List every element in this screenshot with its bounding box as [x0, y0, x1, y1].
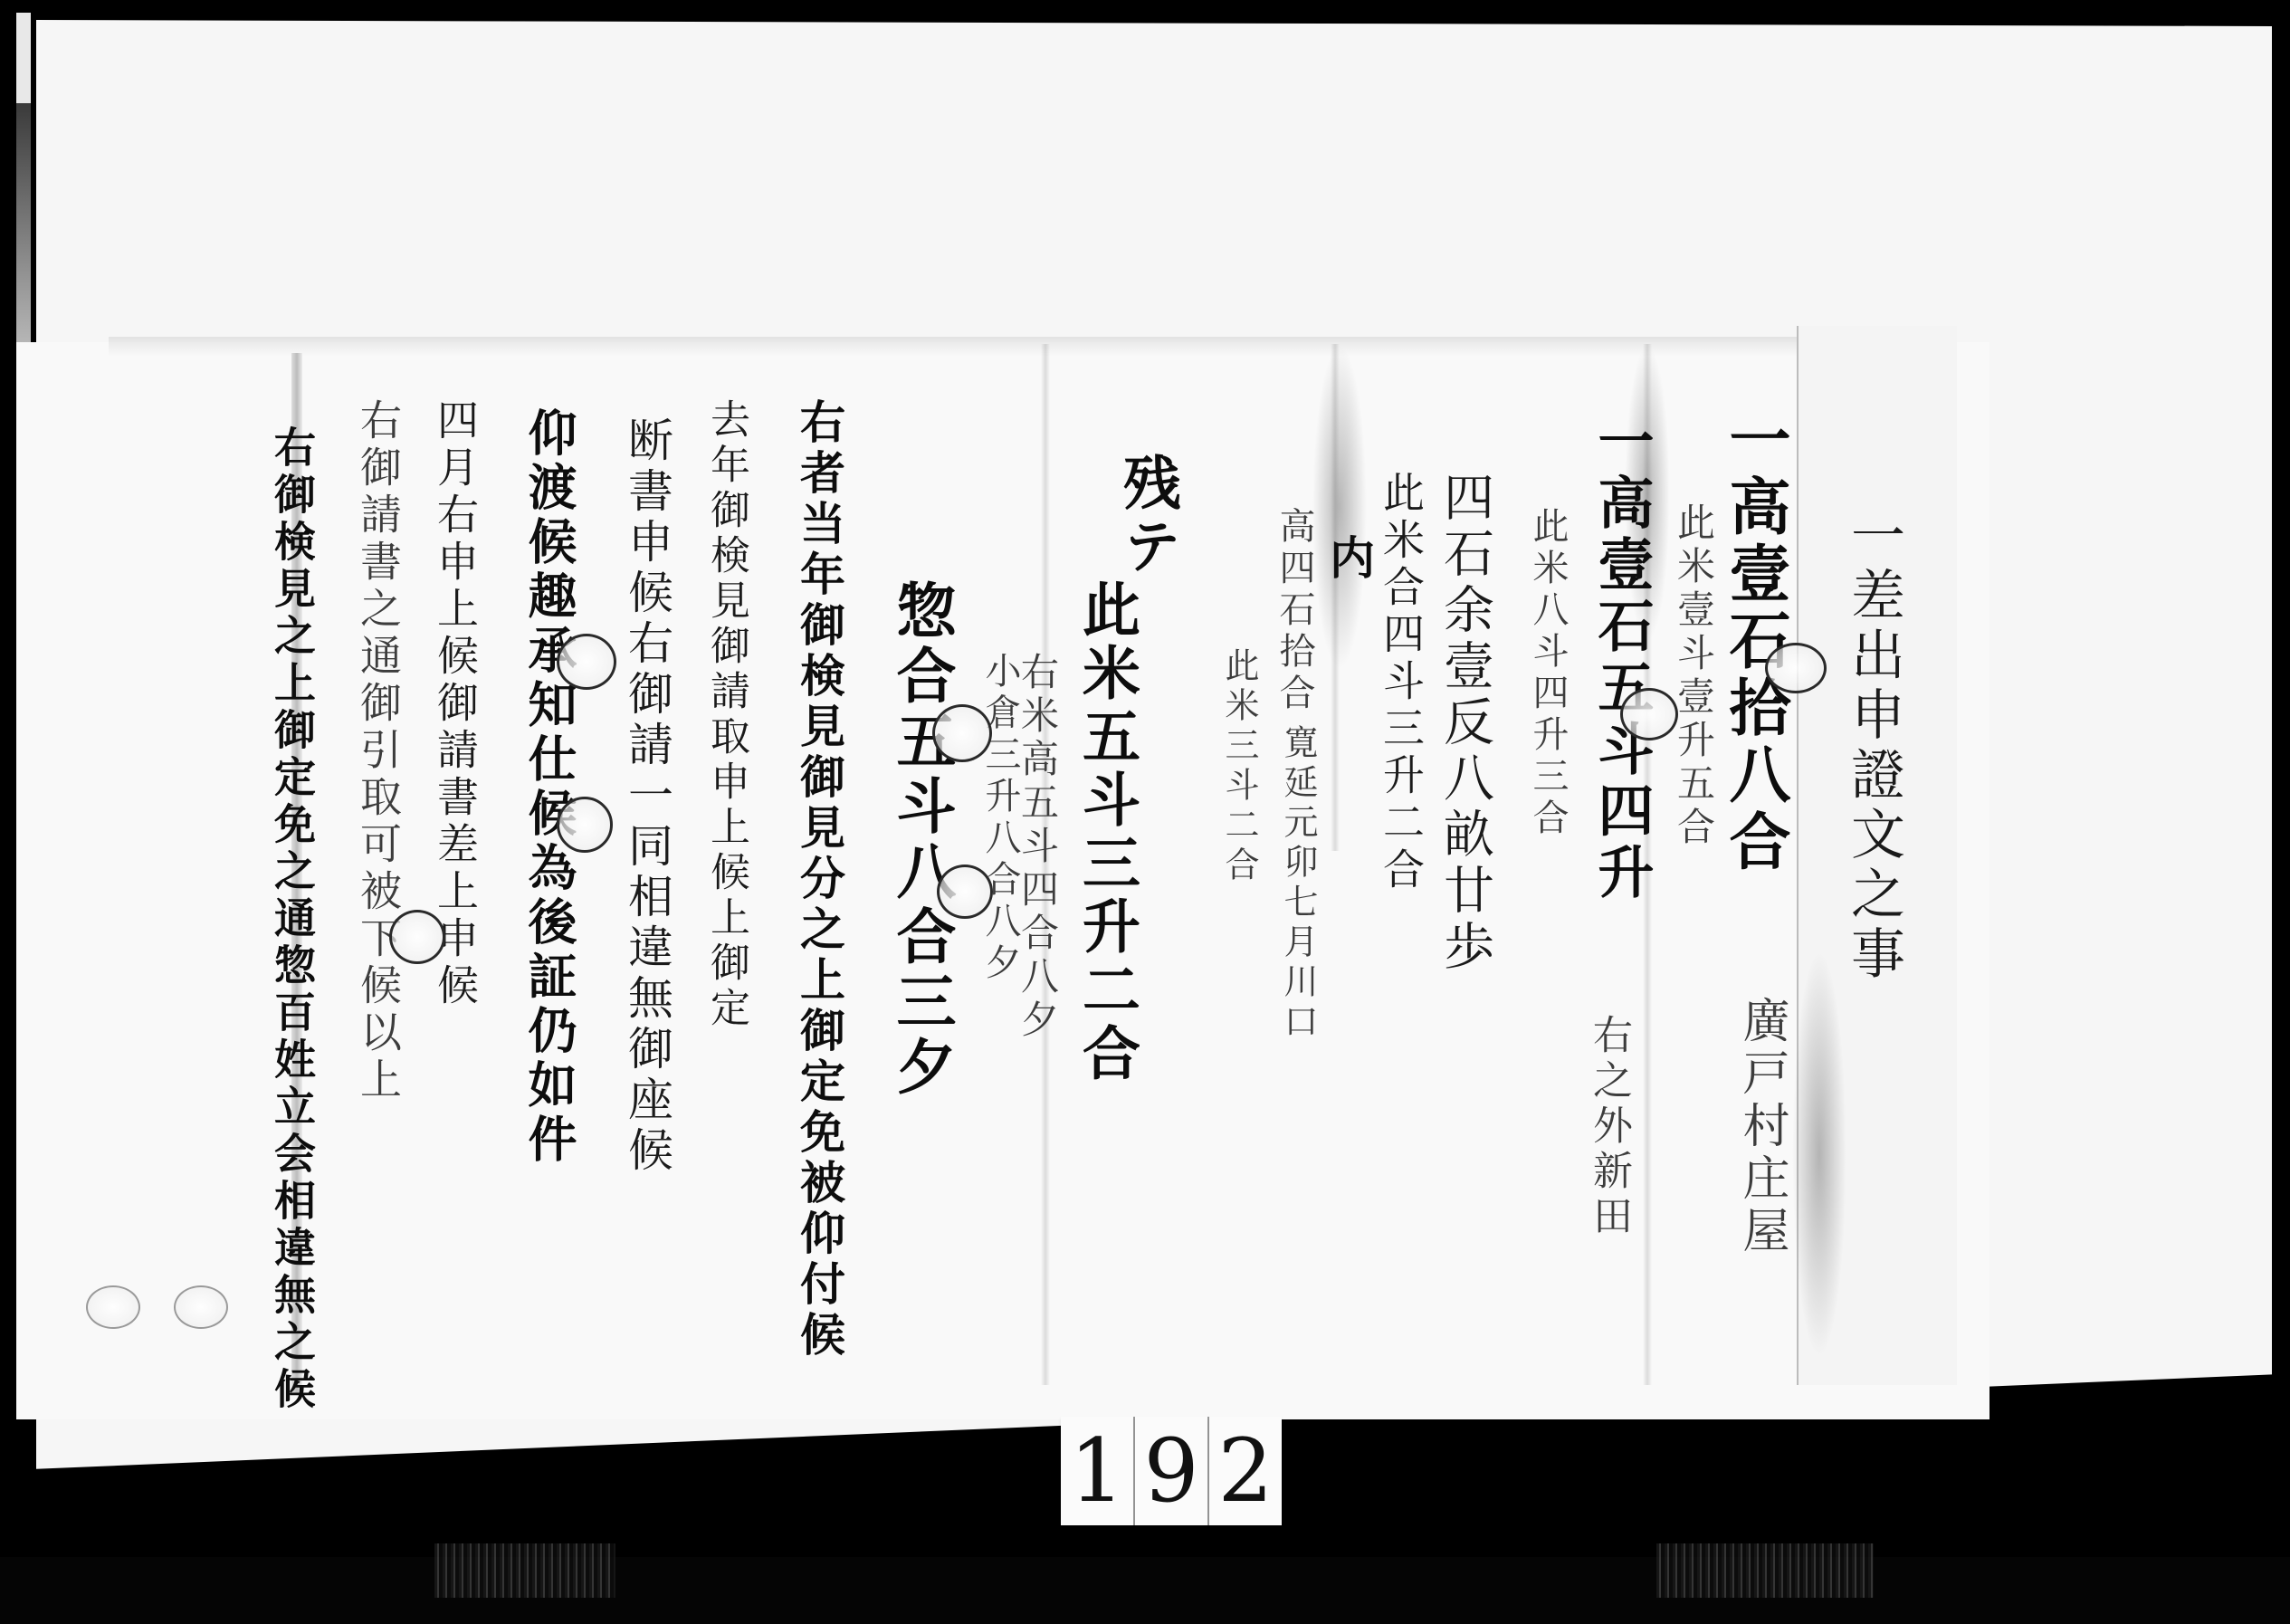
- frame-digit: 2: [1209, 1417, 1282, 1525]
- text-column: 右米高五斗四合八夕: [1018, 652, 1056, 1043]
- film-bottom-border: [0, 1557, 2290, 1624]
- text-column: 四石余壹反八畝廿歩: [1439, 471, 1490, 976]
- text-column: 此米五斗三升二合: [1077, 579, 1135, 1086]
- text-column-date: 寛延元卯七月川口: [1281, 724, 1315, 1043]
- text-column: 断書申候右御請一同相違無御座候: [625, 416, 670, 1177]
- text-column: 一高壹石五斗四升: [1593, 412, 1649, 904]
- seal-stamp: [937, 865, 993, 919]
- text-column: 此米三斗二合: [1222, 647, 1256, 886]
- seal-stamp: [557, 634, 616, 690]
- faint-seal-stamp: [86, 1285, 140, 1329]
- text-column: 右之外新田: [1589, 1014, 1628, 1240]
- frame-number-label: 1 9 2: [1061, 1417, 1282, 1525]
- seal-stamp: [1620, 688, 1678, 740]
- frame-digit: 9: [1135, 1417, 1209, 1525]
- text-column: 惣合五斗八合三夕: [892, 579, 951, 1101]
- ink-smudge: [1312, 344, 1367, 670]
- text-column: 高四石拾合: [1276, 507, 1312, 715]
- text-column: 残テ: [1118, 453, 1176, 579]
- text-column: 右者当年御検見御見分之上御定免被仰付候: [797, 398, 842, 1361]
- seal-stamp: [932, 704, 992, 762]
- text-column: 此米壹斗壹升五合: [1675, 502, 1713, 850]
- text-column: 一高壹石拾八合: [1724, 407, 1786, 876]
- seal-stamp: [557, 797, 613, 853]
- seal-stamp: [1765, 643, 1827, 693]
- film-artifact: [1656, 1543, 1874, 1598]
- text-column: 四月右申上候御請書差上申候: [434, 398, 476, 1010]
- faint-seal-stamp: [174, 1285, 228, 1329]
- ink-smudge: [1792, 951, 1846, 1358]
- text-column: 仰渡候趣承知仕候為後証仍如件: [525, 407, 574, 1168]
- text-column: 小倉三升八合八夕: [982, 652, 1018, 985]
- seal-stamp: [389, 910, 445, 964]
- text-column: 内: [1326, 534, 1371, 585]
- text-column: 去年御検見御請取申上候上御定: [706, 398, 746, 1032]
- text-column: 右御請書之通御引取可被下候以上: [358, 398, 399, 1104]
- frame-digit: 1: [1061, 1417, 1135, 1525]
- film-artifact: [434, 1543, 615, 1598]
- text-column-title: 一差出申證文之事: [1846, 507, 1901, 985]
- text-column: 此米合四斗三升二合: [1380, 471, 1422, 894]
- text-column: 此米八斗四升三合: [1530, 507, 1566, 840]
- text-column: 廣戸村庄屋: [1738, 996, 1785, 1258]
- text-column: 右御検見之上御定免之通惣百姓立会相違無之候: [272, 425, 313, 1414]
- film-edge-shadow: [16, 103, 31, 357]
- film-edge-strip: [16, 13, 31, 103]
- paper-top-shadow: [109, 337, 1955, 357]
